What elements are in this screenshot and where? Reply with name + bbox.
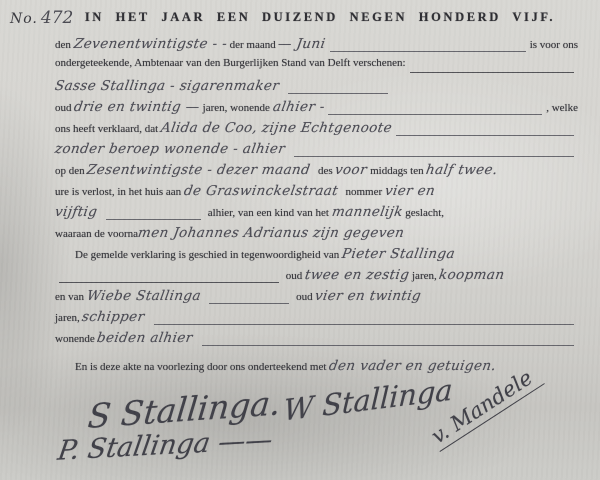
- document-line: op den Zesentwintigste - dezer maand des…: [55, 162, 578, 183]
- handwritten-text: koopman: [438, 267, 506, 283]
- handwritten-text: Alida de Coo, zijne Echtgenoote: [160, 120, 394, 136]
- handwritten-text: half twee.: [425, 162, 499, 178]
- document-line: oud twee en zestig jaren, koopman: [55, 267, 578, 288]
- document-number-value: 472: [41, 8, 73, 28]
- document-number-label: No.: [10, 11, 38, 27]
- document-body: den Zevenentwintigste - - der maand — Ju…: [55, 36, 578, 379]
- handwritten-text: Wiebe Stallinga: [85, 288, 206, 304]
- signature-witness-w: W Stallinga: [283, 372, 454, 427]
- handwritten-text: alhier -: [271, 99, 325, 115]
- document-line: den Zevenentwintigste - - der maand — Ju…: [55, 36, 578, 57]
- document-line: En is deze akte na voorlezing door ons o…: [55, 358, 578, 379]
- document-line: ondergeteekende, Ambtenaar van den Burge…: [55, 57, 578, 78]
- handwritten-text: vier en twintig: [314, 288, 423, 304]
- blank-fill-rule: [396, 135, 574, 136]
- handwritten-text: zonder beroep wonende - alhier: [54, 141, 291, 157]
- handwritten-text: drie en twintig —: [73, 99, 201, 115]
- scanned-birth-certificate: No.472 IN HET JAAR EEN DUIZEND NEGEN HON…: [0, 0, 600, 480]
- printed-text: des: [315, 165, 335, 177]
- document-number: No.472: [10, 8, 73, 28]
- blank-fill-rule: [288, 93, 388, 94]
- document-line: De gemelde verklaring is geschied in teg…: [55, 246, 578, 267]
- printed-text: nommer: [343, 186, 385, 198]
- document-line: ure is verlost, in het huis aan de Grasw…: [55, 183, 578, 204]
- document-line: ons heeft verklaard, dat Alida de Coo, z…: [55, 120, 578, 141]
- printed-text: , welke: [546, 102, 578, 114]
- handwritten-text: den vader en getuigen.: [328, 358, 498, 374]
- blank-fill-rule: [154, 324, 574, 325]
- document-line: jaren, schipper: [55, 309, 578, 330]
- blank-fill-rule: [202, 345, 574, 346]
- document-line: vijftig alhier, van een kind van het man…: [55, 204, 578, 225]
- handwritten-text: schipper: [81, 309, 151, 325]
- document-line: zonder beroep wonende - alhier: [55, 141, 578, 162]
- printed-text: alhier, van een kind van het: [205, 207, 332, 219]
- handwritten-text: — Juni: [277, 36, 327, 52]
- printed-text: ure is verlost, in het huis aan: [55, 186, 184, 198]
- handwritten-text: vijftig: [54, 204, 104, 220]
- blank-fill-rule: [59, 282, 279, 283]
- handwritten-text: voor: [334, 162, 368, 178]
- handwritten-text: vier en: [384, 183, 437, 199]
- handwritten-text: twee en zestig: [304, 267, 411, 283]
- printed-text: is voor ons: [530, 39, 578, 51]
- printed-text: De gemelde verklaring is geschied in teg…: [75, 249, 342, 261]
- document-line: oud drie en twintig — jaren, wonende alh…: [55, 99, 578, 120]
- printed-text: waaraan de voorna: [55, 228, 138, 240]
- blank-fill-rule: [106, 219, 201, 220]
- handwritten-text: Zesentwintigste - dezer maand: [86, 162, 316, 178]
- printed-text: jaren,: [55, 312, 82, 324]
- printed-text: op den: [55, 165, 87, 177]
- printed-text: der maand: [227, 39, 279, 51]
- printed-text: oud: [283, 270, 305, 282]
- document-line: Sasse Stallinga - sigarenmaker: [55, 78, 578, 99]
- document-line: en van Wiebe Stallinga oud vier en twint…: [55, 288, 578, 309]
- document-title: IN HET JAAR EEN DUIZEND NEGEN HONDERD VI…: [70, 10, 570, 25]
- printed-text: geslacht,: [402, 207, 444, 219]
- blank-fill-rule: [410, 72, 574, 73]
- blank-fill-rule: [330, 51, 526, 52]
- printed-text: ondergeteekende, Ambtenaar van den Burge…: [55, 57, 406, 69]
- blank-fill-rule: [294, 156, 574, 157]
- printed-text: ons heeft verklaard, dat: [55, 123, 161, 135]
- handwritten-text: Pieter Stallinga: [341, 246, 457, 262]
- printed-text: oud: [55, 102, 74, 114]
- printed-text: jaren, wonende: [200, 102, 273, 114]
- printed-text: en van: [55, 291, 87, 303]
- document-line: waaraan de voornamen Johannes Adrianus z…: [55, 225, 578, 246]
- blank-fill-rule: [328, 114, 542, 115]
- handwritten-text: mannelijk: [330, 204, 403, 220]
- document-line: wonende beiden alhier: [55, 330, 578, 351]
- handwritten-text: de Graswinckelstraat: [183, 183, 344, 199]
- handwritten-text: Zevenentwintigste - -: [72, 36, 228, 52]
- handwritten-text: men Johannes Adrianus zijn gegeven: [137, 225, 406, 241]
- printed-text: den: [55, 39, 74, 51]
- printed-text: En is deze akte na voorlezing door ons o…: [75, 361, 329, 373]
- blank-fill-rule: [209, 303, 289, 304]
- handwritten-text: Sasse Stallinga - sigarenmaker: [54, 78, 285, 94]
- printed-text: jaren,: [409, 270, 439, 282]
- printed-text: wonende: [55, 333, 97, 345]
- printed-text: middags ten: [367, 165, 426, 177]
- printed-text: oud: [293, 291, 315, 303]
- handwritten-text: beiden alhier: [96, 330, 199, 346]
